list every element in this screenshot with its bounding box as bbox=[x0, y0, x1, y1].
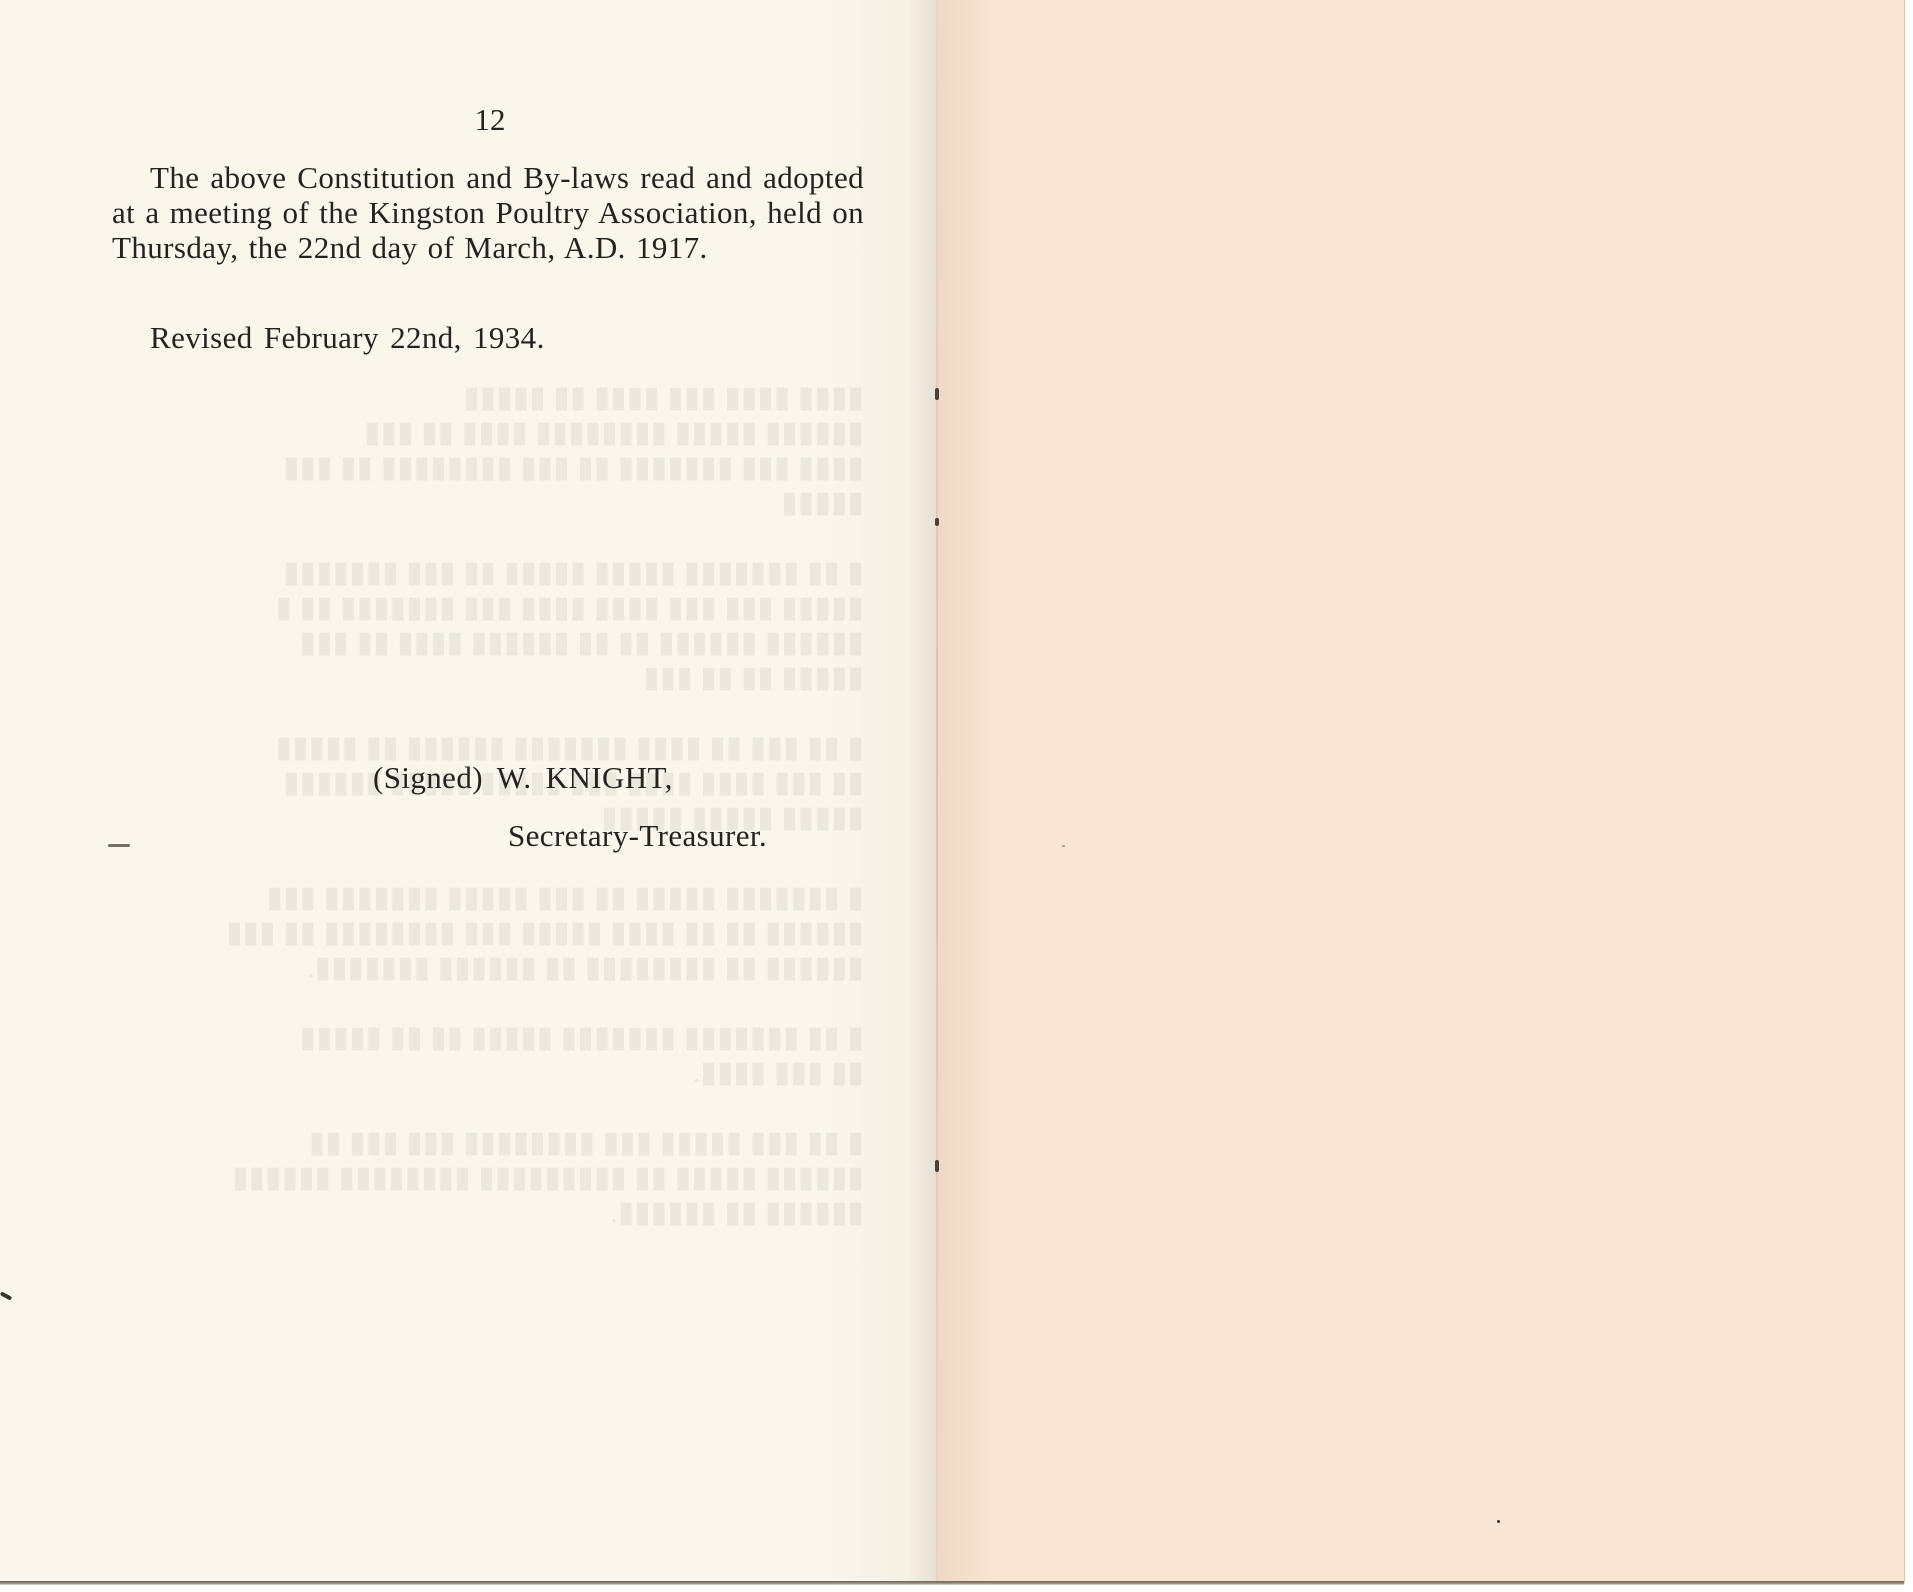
signatory-title: Secretary-Treasurer. bbox=[508, 818, 767, 854]
right-page bbox=[937, 0, 1905, 1583]
staple-mark bbox=[935, 388, 939, 400]
scan-mark bbox=[108, 844, 130, 847]
adoption-resolution-paragraph: The above Constitution and By-laws read … bbox=[112, 160, 864, 265]
staple-mark bbox=[935, 518, 939, 526]
scan-mark bbox=[0, 1291, 12, 1300]
signatory-name: W. KNIGHT, bbox=[497, 760, 673, 795]
signature-line: (Signed) W. KNIGHT, bbox=[373, 760, 673, 796]
left-page: ▮▮▮▮ ▮▮▮▮ ▮▮▮ ▮▮▮▮ ▮▮ ▮▮▮▮▮ ▮▮▮▮▮▮ ▮▮▮▮▮… bbox=[0, 0, 937, 1583]
signed-label: (Signed) bbox=[373, 760, 483, 795]
book-gutter bbox=[936, 0, 938, 1583]
revision-date-line: Revised February 22nd, 1934. bbox=[150, 320, 545, 355]
scanned-booklet: ▮▮▮▮ ▮▮▮▮ ▮▮▮ ▮▮▮▮ ▮▮ ▮▮▮▮▮ ▮▮▮▮▮▮ ▮▮▮▮▮… bbox=[0, 0, 1913, 1592]
page-bottom-edge-shadow bbox=[0, 1581, 1904, 1585]
page-number: 12 bbox=[440, 100, 540, 140]
bleed-through-texture: ▮ ▮▮▮▮▮▮▮ ▮▮▮▮▮ ▮▮ ▮▮▮ ▮▮▮▮▮ ▮▮▮▮▮▮▮ ▮▮▮… bbox=[112, 880, 864, 1230]
staple-mark bbox=[935, 1160, 939, 1172]
scan-mark bbox=[1497, 1520, 1500, 1523]
scan-mark bbox=[1062, 845, 1065, 847]
